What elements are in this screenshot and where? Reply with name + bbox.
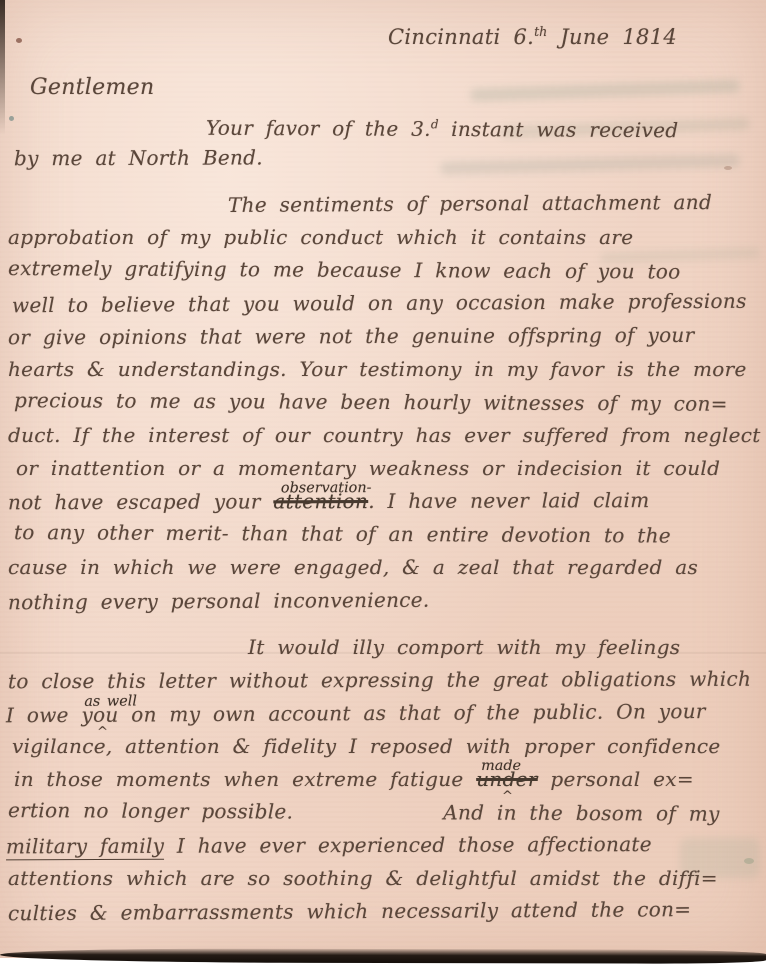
letter-line: Your favor of the 3.d instant was receiv… bbox=[6, 106, 760, 143]
text-segment: . I have never laid claim bbox=[368, 488, 649, 513]
letter-line: not have escaped your observation-attent… bbox=[6, 484, 760, 520]
text-segment: by me at North Bend. bbox=[14, 145, 263, 170]
letter-line: well to believe that you would on any oc… bbox=[6, 285, 760, 323]
letter-line: extremely gratifying to me because I kno… bbox=[6, 252, 760, 289]
letter-line: by me at North Bend. bbox=[6, 140, 760, 176]
text-segment: not have escaped your bbox=[8, 489, 273, 514]
letter-line: I owe as wellyou^ on my own account as t… bbox=[6, 695, 760, 733]
letter-line: or give opinions that were not the genui… bbox=[6, 319, 760, 355]
text-segment: to any other merit- than that of an enti… bbox=[14, 520, 671, 547]
scanned-letter-page: { "document": { "kind": "handwritten-let… bbox=[0, 0, 766, 975]
text-segment: vigilance, attention & fidelity I repose… bbox=[12, 734, 721, 758]
letter-line: It would illy comport with my feelings bbox=[6, 631, 760, 664]
text-segment: I have ever experienced those affectiona… bbox=[164, 832, 652, 858]
stain-speck bbox=[724, 166, 732, 170]
caret-mark: ^ bbox=[97, 726, 108, 739]
letter-line: approbation of my public conduct which i… bbox=[6, 221, 760, 254]
letter-line: or inattention or a momentary weakness o… bbox=[6, 452, 760, 485]
text-segment: hearts & understandings. Your testimony … bbox=[8, 357, 747, 381]
text-segment: precious to me as you have been hourly w… bbox=[14, 388, 728, 416]
text-segment: extremely gratifying to me because I kno… bbox=[8, 256, 681, 284]
text-segment: or inattention or a momentary weakness o… bbox=[16, 456, 720, 480]
text-segment: Cincinnati 6. bbox=[388, 25, 534, 49]
text-segment: personal ex= bbox=[538, 767, 694, 791]
text-segment: well to believe that you would on any oc… bbox=[12, 289, 747, 317]
salutation: Gentlemen bbox=[6, 49, 760, 100]
text-segment: The sentiments of personal attachment an… bbox=[228, 190, 712, 217]
revision: as wellyou^ bbox=[81, 699, 118, 732]
text-segment: approbation of my public conduct which i… bbox=[8, 225, 633, 249]
text-segment: June 1814 bbox=[547, 25, 677, 49]
letter-line: ertion no longer possible.And in the bos… bbox=[6, 794, 760, 831]
text-segment: attentions which are so soothing & delig… bbox=[8, 866, 718, 890]
line-gap bbox=[293, 819, 443, 820]
letter-line: in those moments when extreme fatigue ma… bbox=[6, 763, 760, 796]
letter-line: vigilance, attention & fidelity I repose… bbox=[6, 730, 760, 763]
inserted-word: made bbox=[481, 759, 521, 773]
text-segment: I owe bbox=[6, 703, 82, 727]
stain-speck bbox=[744, 858, 754, 864]
text-segment: th bbox=[534, 24, 547, 39]
text-segment: And in the bosom of my bbox=[443, 800, 719, 825]
text-segment: d bbox=[431, 117, 439, 131]
revision: observation-attention bbox=[273, 485, 368, 518]
letter-line: nothing every personal inconvenience. bbox=[6, 582, 760, 620]
revision: madeunder^ bbox=[476, 763, 537, 796]
text-segment: nothing every personal inconvenience. bbox=[8, 588, 430, 615]
text-segment: instant was received bbox=[438, 117, 678, 142]
inserted-word: as well bbox=[84, 694, 137, 709]
text-segment: Your favor of the 3. bbox=[206, 116, 431, 141]
letter-paper: Cincinnati 6.th June 1814 Gentlemen Your… bbox=[0, 0, 766, 958]
inserted-word: observation- bbox=[281, 481, 372, 496]
scan-edge-left bbox=[0, 0, 5, 135]
text-segment: ertion no longer possible. bbox=[8, 798, 293, 823]
letter-line: duct. If the interest of our country has… bbox=[6, 419, 760, 452]
letter-line: cause in which we were engaged, & a zeal… bbox=[6, 551, 760, 584]
stain-speck bbox=[9, 116, 14, 121]
underlined-phrase: military family bbox=[6, 834, 164, 861]
text-segment: It would illy comport with my feelings bbox=[248, 635, 680, 659]
letter-line: hearts & understandings. Your testimony … bbox=[6, 353, 760, 386]
text-segment: to close this letter without expressing … bbox=[8, 667, 751, 694]
text-segment: duct. If the interest of our country has… bbox=[8, 423, 761, 447]
letter-dateline: Cincinnati 6.th June 1814 bbox=[6, 0, 760, 49]
text-segment: or give opinions that were not the genui… bbox=[8, 323, 695, 349]
letter-line: attentions which are so soothing & delig… bbox=[6, 862, 760, 895]
letter-body: Your favor of the 3.d instant was receiv… bbox=[6, 100, 760, 928]
text-segment: culties & embarrassments which necessari… bbox=[8, 897, 691, 925]
letter-line: precious to me as you have been hourly w… bbox=[6, 384, 760, 421]
letter-line: military family I have ever experienced … bbox=[6, 828, 760, 864]
letter-line: The sentiments of personal attachment an… bbox=[6, 186, 760, 224]
letter-line: to any other merit- than that of an enti… bbox=[6, 516, 760, 553]
scan-edge-bottom bbox=[0, 948, 766, 964]
letter-content: Cincinnati 6.th June 1814 Gentlemen Your… bbox=[6, 0, 760, 928]
text-segment: on my own account as that of the public.… bbox=[118, 699, 705, 727]
text-segment: cause in which we were engaged, & a zeal… bbox=[8, 555, 698, 579]
letter-line: culties & embarrassments which necessari… bbox=[6, 893, 760, 931]
text-segment: in those moments when extreme fatigue bbox=[14, 767, 476, 791]
stain-speck bbox=[16, 38, 22, 43]
